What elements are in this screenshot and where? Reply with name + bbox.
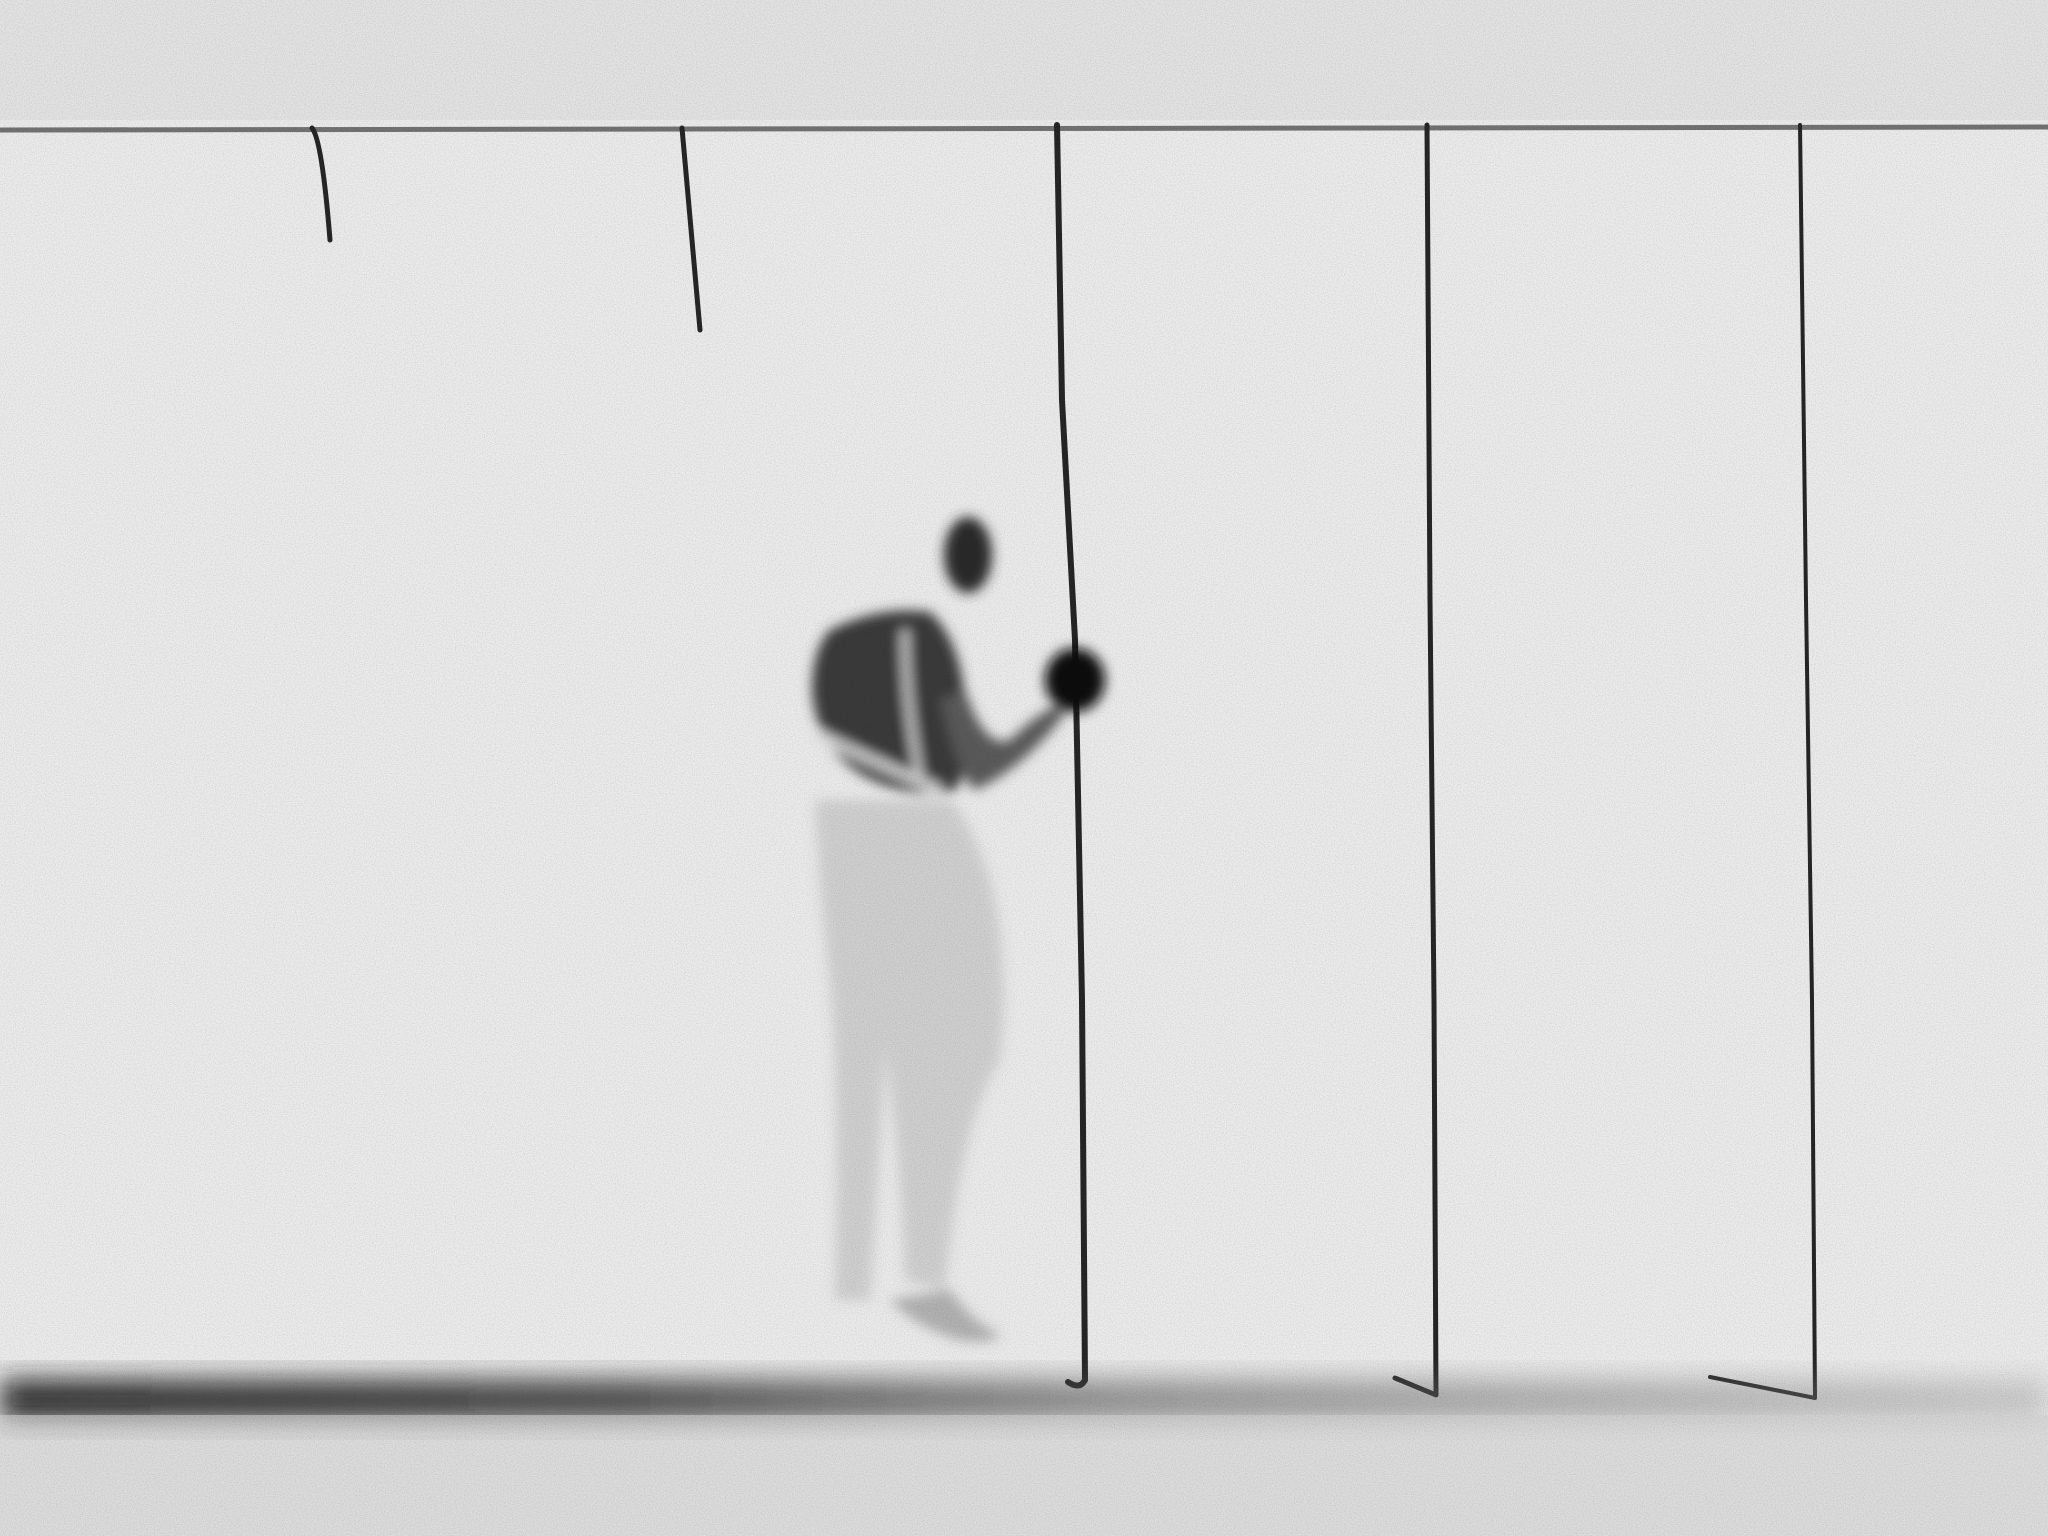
- photo-canvas: [0, 0, 2048, 1536]
- film-grain: [0, 0, 2048, 1536]
- photograph: [0, 0, 2048, 1536]
